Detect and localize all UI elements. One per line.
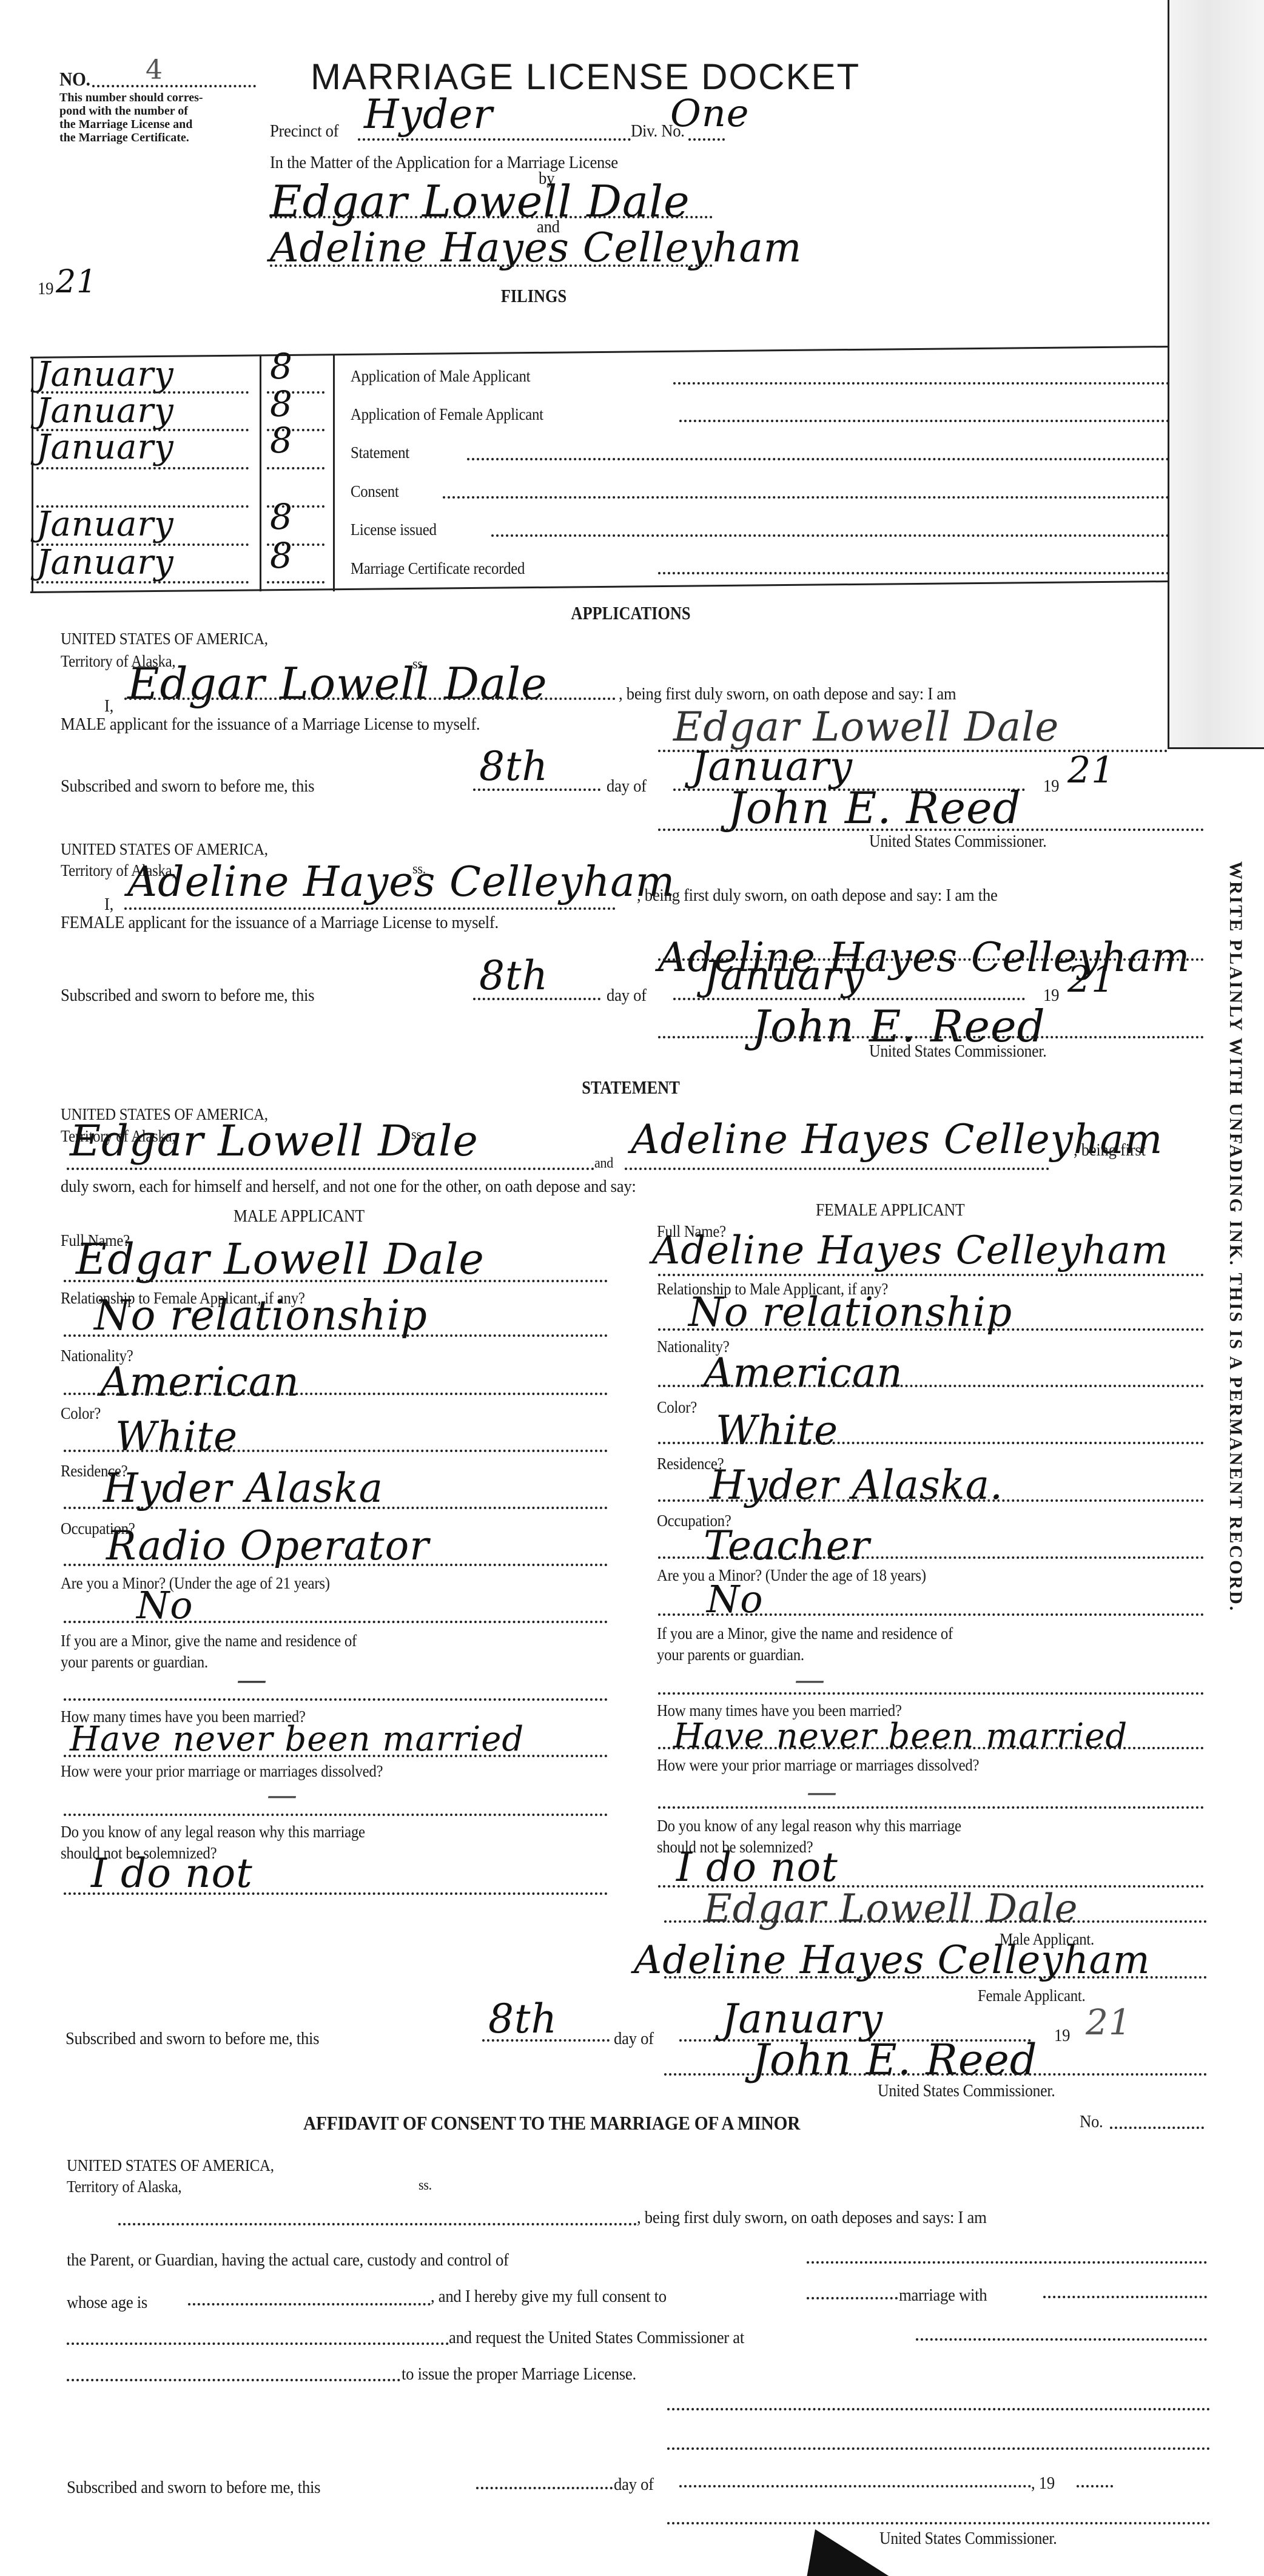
female-full-name[interactable]: Adeline Hayes Celleyham [652, 1228, 1169, 1273]
statement-male-line [67, 1168, 594, 1170]
field-label: How were your prior marriage or marriage… [61, 1762, 383, 1781]
day-of-label: day of [607, 776, 647, 796]
overlapping-paper-edge [1168, 0, 1264, 749]
statement-year[interactable]: 21 [1086, 2002, 1132, 2043]
commissioner-label: United States Commissioner. [878, 2082, 1055, 2101]
year-prefix: 19 [1054, 2026, 1070, 2046]
year-prefix: 19 [1043, 776, 1059, 796]
partner-name-field[interactable] [67, 2342, 449, 2345]
affidavit-line3c: marriage with [899, 2285, 987, 2305]
jurisdiction-line2: Territory of Alaska, [67, 2177, 181, 2196]
affiant-signature-line-2[interactable] [667, 2447, 1210, 2450]
day-value[interactable]: 8th [479, 952, 548, 999]
field-line [658, 1274, 1204, 1276]
field-label: Are you a Minor? (Under the age of 21 ye… [61, 1574, 330, 1593]
filing-month-line [36, 467, 249, 469]
role-text: MALE applicant for the issuance of a Mar… [61, 715, 480, 735]
affiant-name-field[interactable] [118, 2223, 637, 2225]
filing-label-line [491, 534, 1169, 537]
female-times-married[interactable]: Have never been married [673, 1717, 1128, 1756]
field-line [64, 1814, 608, 1816]
precinct-label: Precinct of [270, 121, 338, 141]
affidavit-line3a: whose age is [67, 2293, 147, 2313]
female-nationality[interactable]: American [704, 1350, 903, 1396]
affidavit-line1: , being first duly sworn, on oath depose… [637, 2208, 987, 2228]
filing-label: Application of Female Applicant [351, 405, 543, 424]
affidavit-line3b: , and I hereby give my full consent to [431, 2287, 667, 2307]
female-occupation[interactable]: Teacher [704, 1522, 870, 1569]
affidavit-no-line[interactable] [1110, 2127, 1204, 2129]
day-of-label: day of [614, 2475, 654, 2495]
field-line [64, 1450, 608, 1452]
commissioner-label: United States Commissioner. [869, 1042, 1046, 1061]
name-line [124, 907, 616, 910]
male-full-name[interactable]: Edgar Lowell Dale [76, 1234, 485, 1284]
filing-day-line [267, 581, 324, 583]
field-line [658, 1806, 1204, 1809]
docket-number-label: NO. [59, 68, 90, 90]
div-value[interactable]: One [670, 91, 749, 135]
location-field[interactable] [67, 2379, 400, 2381]
i-label: I, [104, 895, 113, 915]
statement-heading: STATEMENT [554, 1077, 708, 1098]
male-dissolved[interactable]: — [267, 1777, 298, 1812]
filing-label: Consent [351, 482, 398, 501]
field-line [658, 1747, 1204, 1749]
female-color[interactable]: White [716, 1407, 838, 1454]
female-applicant-heading: FEMALE APPLICANT [816, 1201, 964, 1220]
subscribed-text: Subscribed and sworn to before me, this [61, 986, 314, 1006]
year-value[interactable]: 21 [1067, 749, 1115, 792]
statement-oath-text: duly sworn, each for himself and herself… [61, 1177, 636, 1197]
filing-month[interactable]: January [36, 391, 174, 431]
filings-heading: FILINGS [457, 285, 611, 307]
filing-day-line [267, 467, 324, 469]
day-value[interactable]: 8th [479, 743, 548, 790]
commissioner-line [658, 829, 1204, 831]
day-of-label: day of [607, 986, 647, 1006]
margin-note: WRITE PLAINLY WITH UNFADING INK. THIS IS… [1225, 861, 1246, 1612]
docket-number-note: This number should corres- pond with the… [59, 91, 203, 144]
year-prefix: , 19 [1031, 2473, 1055, 2494]
male-signature-line [664, 1920, 1207, 1923]
female-name-line [270, 264, 713, 267]
applications-heading: APPLICATIONS [548, 602, 713, 624]
female-signature-label: Female Applicant. [978, 1986, 1085, 2005]
filing-label-line [679, 420, 1169, 422]
paper-edge-line [1168, 747, 1264, 749]
commissioner-line [658, 1036, 1204, 1038]
field-label: If you are a Minor, give the name and re… [61, 1632, 357, 1650]
filing-label-line [673, 382, 1169, 385]
filing-day[interactable]: 8 [270, 346, 293, 387]
field-line [64, 1698, 608, 1701]
minor-age-field[interactable] [188, 2303, 431, 2305]
subscribed-text: Subscribed and sworn to before me, this [67, 2478, 320, 2498]
docket-number-line [92, 85, 256, 87]
filing-label-line [658, 572, 1169, 574]
filing-day[interactable]: 8 [270, 496, 293, 537]
precinct-value[interactable]: Hyder [364, 91, 493, 138]
affidavit-line2: the Parent, or Guardian, having the actu… [67, 2250, 509, 2270]
male-guardian[interactable]: — [237, 1662, 267, 1697]
statement-male-name[interactable]: Edgar Lowell Dale [70, 1116, 479, 1166]
filing-day[interactable]: 8 [270, 535, 293, 576]
male-nationality[interactable]: American [100, 1359, 300, 1405]
affidavit-heading: AFFIDAVIT OF CONSENT TO THE MARRIAGE OF … [303, 2112, 800, 2134]
field-line [658, 1499, 1204, 1502]
day-of-label: day of [614, 2029, 654, 2049]
div-line [688, 138, 725, 141]
commissioner-line[interactable] [667, 2522, 1210, 2524]
field-line [64, 1507, 608, 1509]
male-color[interactable]: White [115, 1413, 238, 1460]
statement-female-line [625, 1168, 1049, 1170]
subscribed-text: Subscribed and sworn to before me, this [61, 776, 314, 796]
statement-day[interactable]: 8th [488, 1996, 557, 2042]
field-label: Do you know of any legal reason why this… [657, 1817, 961, 1835]
field-line [658, 1442, 1204, 1444]
being-first: , being first [1074, 1140, 1146, 1160]
jurisdiction-line1: UNITED STATES OF AMERICA, [67, 2156, 274, 2175]
filing-label: License issued [351, 520, 437, 539]
filing-month[interactable]: January [36, 543, 174, 582]
male-name-line [270, 216, 713, 218]
affidavit-no-label: No. [1080, 2112, 1103, 2132]
filing-label: Application of Male Applicant [351, 367, 530, 386]
jurisdiction-line1: UNITED STATES OF AMERICA, [61, 840, 268, 859]
filing-day[interactable]: 8 [270, 420, 293, 461]
field-line [64, 1892, 608, 1895]
commissioner-location-field[interactable] [916, 2338, 1207, 2341]
marriage-with-field[interactable] [1043, 2296, 1207, 2298]
field-label: How were your prior marriage or marriage… [657, 1756, 979, 1775]
matter-text: In the Matter of the Application for a M… [270, 153, 618, 173]
field-label: If you are a Minor, give the name and re… [657, 1624, 953, 1643]
field-line [658, 1692, 1204, 1695]
filing-month[interactable]: January [36, 505, 174, 544]
field-line [658, 1385, 1204, 1387]
jurisdiction-line1: UNITED STATES OF AMERICA, [61, 630, 268, 648]
i-label: I, [104, 696, 113, 716]
field-line [64, 1393, 608, 1395]
year-value[interactable]: 21 [1067, 958, 1115, 1001]
male-applicant-heading: MALE APPLICANT [234, 1207, 365, 1226]
affidavit-line5: to issue the proper Marriage License. [402, 2364, 636, 2384]
month-field[interactable] [679, 2485, 1031, 2487]
field-label: your parents or guardian. [657, 1646, 804, 1664]
filing-month[interactable]: January [36, 355, 174, 394]
and-label: and [594, 1155, 613, 1172]
male-relationship[interactable]: No relationship [94, 1292, 428, 1340]
field-line [64, 1280, 608, 1282]
header-male-name[interactable]: Edgar Lowell Dale [270, 176, 690, 227]
filing-label: Statement [351, 443, 409, 462]
name-line [124, 698, 616, 700]
filing-label: Marriage Certificate recorded [351, 559, 525, 578]
filing-day[interactable]: 8 [270, 383, 293, 425]
filings-col-mid [260, 355, 261, 591]
female-applicant-name[interactable]: Adeline Hayes Celleyham [127, 858, 675, 906]
statement-male-signature[interactable]: Edgar Lowell Dale [704, 1886, 1078, 1931]
precinct-line [358, 138, 631, 141]
filings-top-rule [30, 346, 1169, 358]
male-applicant-name[interactable]: Edgar Lowell Dale [127, 658, 548, 709]
filing-month[interactable]: January [36, 428, 174, 467]
scan-artifact [807, 2529, 892, 2576]
field-line [658, 1328, 1204, 1331]
filing-label-line [467, 458, 1169, 460]
commissioner-signature[interactable]: John E. Reed [728, 782, 1021, 833]
field-label: Color? [61, 1404, 101, 1423]
female-signature-line [664, 1976, 1207, 1979]
field-label: your parents or guardian. [61, 1653, 208, 1672]
field-line [64, 1755, 608, 1757]
docket-number-value[interactable]: 4 [146, 55, 163, 86]
statement-commissioner-signature[interactable]: John E. Reed [752, 2035, 1038, 2085]
field-line [64, 1334, 608, 1337]
male-legal-reason[interactable]: I do not [91, 1850, 253, 1897]
filing-label-line [443, 496, 1169, 499]
year-prefix: 19 [38, 279, 53, 299]
oath-text: , being first duly sworn, on oath depose… [637, 886, 998, 906]
field-label: Do you know of any legal reason why this… [61, 1823, 365, 1841]
male-residence[interactable]: Hyder Alaska [103, 1465, 383, 1512]
day-field[interactable] [476, 2487, 613, 2489]
subscribed-text: Subscribed and sworn to before me, this [66, 2029, 319, 2049]
commissioner-label: United States Commissioner. [869, 832, 1046, 852]
field-line [658, 1556, 1204, 1559]
affidavit-line4: and request the United States Commission… [449, 2328, 744, 2348]
affiant-signature-line-1[interactable] [667, 2408, 1210, 2410]
female-dissolved[interactable]: — [807, 1774, 838, 1809]
year-field[interactable] [1077, 2485, 1113, 2487]
minor-name-field[interactable] [807, 2261, 1207, 2264]
male-times-married[interactable]: Have never been married [70, 1720, 524, 1759]
filing-month-line [36, 581, 249, 583]
commissioner-line [664, 2073, 1207, 2076]
filings-col-right [333, 355, 335, 591]
pronoun-field[interactable] [807, 2297, 898, 2299]
filings-col-left [32, 358, 33, 591]
female-legal-reason[interactable]: I do not [676, 1844, 838, 1891]
month-value[interactable]: January [704, 952, 865, 999]
male-occupation[interactable]: Radio Operator [106, 1522, 429, 1569]
commissioner-label: United States Commissioner. [879, 2529, 1057, 2549]
field-line [64, 1564, 608, 1566]
oath-text: , being first duly sworn, on oath depose… [619, 684, 956, 704]
field-label: Color? [657, 1398, 697, 1417]
field-line [658, 1613, 1204, 1616]
role-text: FEMALE applicant for the issuance of a M… [61, 913, 499, 933]
ss-label: ss. [419, 2177, 432, 2194]
field-label: Are you a Minor? (Under the age of 18 ye… [657, 1566, 926, 1585]
year-value[interactable]: 21 [56, 264, 97, 300]
field-line [64, 1621, 608, 1623]
